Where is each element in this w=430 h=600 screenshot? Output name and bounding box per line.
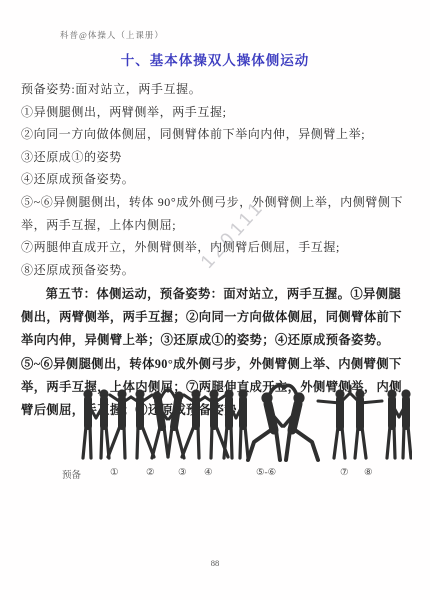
step-line-7: ⑦两腿伸直成开立，外侧臂侧举，内侧臂后侧屈，手互握; [21, 236, 413, 259]
figure-label-1: ① [110, 467, 119, 478]
figure-label-prep: 预备 [62, 467, 81, 481]
step-line-3: ③还原成①的姿势 [21, 146, 413, 169]
figure-pair-step8 [387, 389, 411, 458]
document-page: 科普@体操人（上课册） 十、基本体操双人操体侧运动 预备姿势:面对站立，两手互握… [0, 0, 430, 600]
figure-pair-step7 [318, 386, 382, 458]
exercise-step-list: 预备姿势:面对站立，两手互握。 ①异侧腿侧出，两臂侧举，两手互握; ②向同一方向… [21, 78, 413, 281]
step-line-2: ②向同一方向做体侧屈，同侧臂体前下举向内伸，异侧臂上举; [21, 123, 413, 146]
figure-label-4: ④ [204, 467, 213, 478]
step-line-8: ⑧还原成预备姿势。 [21, 259, 413, 282]
exercise-silhouettes-svg [18, 382, 412, 466]
figure-pair-step4 [224, 389, 248, 458]
figure-pair-step3 [182, 389, 228, 458]
figure-pair-prep [83, 389, 109, 458]
figure-label-8: ⑧ [364, 467, 373, 478]
step-line-1: ①异侧腿侧出，两臂侧举，两手互握; [21, 101, 413, 124]
page-header-text: 科普@体操人（上课册） [60, 29, 164, 41]
figure-pair-step2 [152, 390, 184, 458]
figure-label-5-6: ⑤-⑥ [256, 467, 276, 478]
page-title: 十、基本体操双人操体侧运动 [0, 49, 430, 69]
step-line-5-6: ⑤~⑥异侧腿侧出，转体 90°成外侧弓步，外侧臂侧上举，内侧臂侧下举，两手互握，… [21, 191, 413, 236]
step-line-4: ④还原成预备姿势。 [21, 168, 413, 191]
figure-label-2: ② [146, 467, 155, 478]
figure-pair-step1 [108, 389, 154, 458]
figure-label-3: ③ [178, 467, 187, 478]
prep-posture-line: 预备姿势:面对站立，两手互握。 [21, 78, 413, 101]
figure-label-7: ⑦ [340, 467, 349, 478]
page-number: 88 [0, 558, 430, 568]
figure-pair-step5-6 [248, 385, 318, 460]
exercise-figures-illustration [18, 382, 412, 466]
